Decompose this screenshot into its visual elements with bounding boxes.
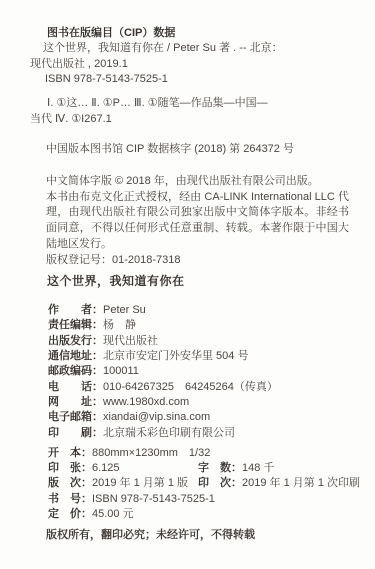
colophon-row-email: 电子邮箱：xiandai@vip.sina.com: [48, 410, 278, 425]
cip-classification: Ⅰ. ①这… Ⅱ. ①P… Ⅲ. ①随笔—作品集—中国— 当代 Ⅳ. ①I267…: [30, 96, 355, 127]
cip-isbn-line: ISBN 978-7-5143-7525-1: [45, 72, 355, 87]
license-block: 中文简体字版 © 2018 年，由现代出版社有限公司出版。 本书由布克文化正式授…: [46, 174, 349, 268]
cip-publisher-line: 现代出版社 , 2019.1: [30, 57, 355, 72]
field-label: 开 本: [48, 447, 81, 459]
copyright-registration-number: 版权登记号：01-2018-7318: [46, 253, 349, 269]
colophon-row-printer: 印 刷：北京瑞禾彩色印刷有限公司: [48, 426, 278, 441]
field-label: 定 价: [48, 508, 81, 520]
field-value: 45.00 元: [92, 508, 134, 520]
field-label: 邮政编码: [48, 365, 92, 377]
field-label: 版 次: [48, 477, 81, 489]
colophon-row-editor: 责任编辑：杨 静: [48, 318, 278, 333]
field-label: 网 址: [48, 396, 92, 408]
field-value: Peter Su: [103, 304, 146, 316]
cip-title-line: 这个世界，我知道有你在 / Peter Su 著 . -- 北京：: [43, 41, 355, 56]
field-value: 2019 年 1 月第 1 次印刷: [242, 477, 360, 489]
spec-row-impression: 印 次：2019 年 1 月第 1 次印刷: [198, 476, 360, 491]
colophon-row-postcode: 邮政编码：100011: [48, 364, 278, 379]
field-label: 书 号: [48, 493, 81, 505]
colophon-row-website: 网 址：www.1980xd.com: [48, 395, 278, 410]
field-value: 880mm×1230mm 1/32: [92, 447, 210, 459]
cip-header: 图书在版编目（CIP）数据: [47, 26, 355, 41]
field-label: 作 者: [48, 304, 92, 316]
spec-row-sheets: 印 张：6.125字 数：148 千: [48, 461, 215, 476]
colophon-list: 作 者：Peter Su 责任编辑：杨 静 出版发行：现代出版社 通信地址：北京…: [48, 303, 278, 441]
license-line-1: 中文简体字版 © 2018 年，由现代出版社有限公司出版。: [46, 174, 349, 190]
cip-block: 图书在版编目（CIP）数据 这个世界，我知道有你在 / Peter Su 著 .…: [30, 26, 355, 87]
field-value: 6.125: [92, 462, 120, 474]
field-value: 北京瑞禾彩色印刷有限公司: [103, 427, 235, 439]
field-label: 电子邮箱: [48, 411, 92, 423]
spec-row-edition: 版 次：2019 年 1 月第 1 版印 次：2019 年 1 月第 1 次印刷: [48, 476, 215, 491]
field-label: 电 话: [48, 381, 92, 393]
field-label: 通信地址: [48, 350, 92, 362]
field-label: 印 次: [198, 477, 231, 489]
field-value: 2019 年 1 月第 1 版: [92, 477, 188, 489]
colophon-row-address: 通信地址：北京市安定门外安华里 504 号: [48, 349, 278, 364]
license-body: 本书由布克文化正式授权，经由 CA-LINK International LLC…: [46, 190, 349, 253]
field-value: 杨 静: [103, 319, 136, 331]
colophon-row-publisher: 出版发行：现代出版社: [48, 334, 278, 349]
field-value: ISBN 978-7-5143-7525-1: [92, 493, 215, 505]
field-label: 责任编辑: [48, 319, 92, 331]
field-value: 148 千: [242, 462, 274, 474]
copyright-page: 图书在版编目（CIP）数据 这个世界，我知道有你在 / Peter Su 著 .…: [0, 0, 375, 569]
copyright-warning: 版权所有，翻印必究；未经许可，不得转载: [46, 528, 255, 543]
colophon-row-author: 作 者：Peter Su: [48, 303, 278, 318]
field-label: 印 刷: [48, 427, 92, 439]
field-label: 出版发行: [48, 335, 92, 347]
field-label: 印 张: [48, 462, 81, 474]
spec-row-isbn: 书 号：ISBN 978-7-5143-7525-1: [48, 492, 215, 507]
colophon-row-phone: 电 话：010-64267325 64245264（传真）: [48, 380, 278, 395]
book-title: 这个世界，我知道有你在: [47, 274, 185, 289]
field-value: 北京市安定门外安华里 504 号: [103, 350, 248, 362]
field-value: www.1980xd.com: [103, 396, 189, 408]
cip-record-number: 中国版本图书馆 CIP 数据核字 (2018) 第 264372 号: [46, 142, 363, 157]
field-value: 100011: [103, 365, 139, 377]
spec-row-format: 开 本：880mm×1230mm 1/32: [48, 446, 215, 461]
print-specs-list: 开 本：880mm×1230mm 1/32 印 张：6.125字 数：148 千…: [48, 446, 215, 522]
field-value: 现代出版社: [103, 335, 158, 347]
spec-row-wordcount: 字 数：148 千: [198, 461, 274, 476]
classification-line-1: Ⅰ. ①这… Ⅱ. ①P… Ⅲ. ①随笔—作品集—中国—: [47, 96, 355, 112]
field-value: xiandai@vip.sina.com: [103, 411, 210, 423]
spec-row-price: 定 价：45.00 元: [48, 507, 215, 522]
field-value: 010-64267325 64245264（传真）: [103, 381, 278, 393]
classification-line-2: 当代 Ⅳ. ①I267.1: [30, 112, 355, 128]
field-label: 字 数: [198, 462, 231, 474]
